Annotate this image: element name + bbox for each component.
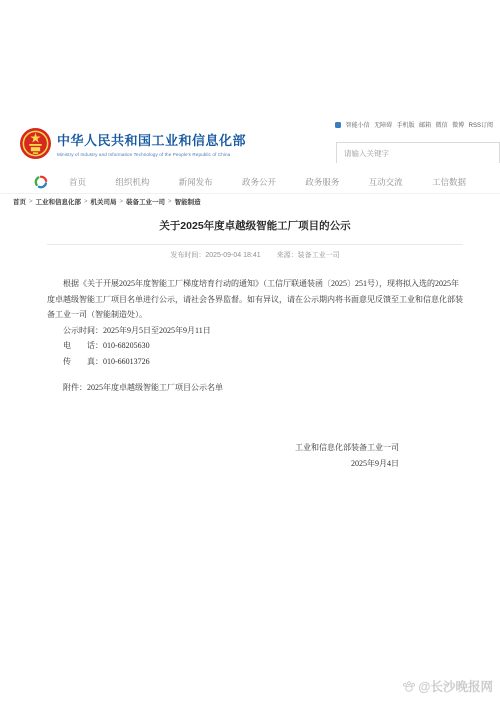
watermark-text: @长沙晚报网: [418, 677, 493, 695]
breadcrumb-home[interactable]: 首页: [13, 197, 26, 206]
article: 关于2025年度卓越级智能工厂项目的公示 发布时间：2025-09-04 18:…: [47, 218, 463, 472]
assistant-link[interactable]: 智能小信: [346, 120, 370, 129]
breadcrumb-equipment-dept[interactable]: 装备工业一司: [126, 197, 165, 206]
breadcrumb-separator: >: [168, 199, 172, 205]
signature-department: 工业和信息化部装备工业一司: [47, 440, 399, 456]
breadcrumb-miit[interactable]: 工业和信息化部: [36, 197, 82, 206]
nav-item-gov-affairs[interactable]: 政务公开: [242, 176, 276, 188]
signature-block: 工业和信息化部装备工业一司 2025年9月4日: [47, 440, 463, 472]
announcement-paragraph: 根据《关于开展2025年度智能工厂梯度培育行动的通知》（工信厅联通装函〔2025…: [47, 276, 463, 323]
publicity-period-line: 公示时间：2025年9月5日至2025年9月11日: [47, 323, 463, 339]
assistant-chat-icon: [335, 122, 341, 128]
article-body: 根据《关于开展2025年度智能工厂梯度培育行动的通知》（工信厅联通装函〔2025…: [47, 276, 463, 472]
ministry-name-cn: 中华人民共和国工业和信息化部: [57, 130, 246, 149]
accessibility-link[interactable]: 无障碍: [374, 120, 392, 129]
page-title: 关于2025年度卓越级智能工厂项目的公示: [47, 218, 463, 233]
nav-item-news[interactable]: 新闻发布: [179, 176, 213, 188]
article-meta: 发布时间：2025-09-04 18:41 来源：装备工业一司: [47, 250, 463, 260]
nav-items: 首页 组织机构 新闻发布 政务公开 政务服务 互动交流 工信数据: [69, 176, 466, 188]
breadcrumb-separator: >: [120, 199, 124, 205]
phone-line: 电 话：010-68205630: [47, 338, 463, 354]
breadcrumb-smart-manufacturing[interactable]: 智能制造: [175, 197, 201, 206]
paw-icon: [402, 679, 416, 693]
miit-swirl-logo-icon[interactable]: [34, 175, 48, 189]
search-input[interactable]: [337, 144, 499, 163]
nav-item-data[interactable]: 工信数据: [432, 176, 466, 188]
main-nav: 首页 组织机构 新闻发布 政务公开 政务服务 互动交流 工信数据: [0, 170, 500, 194]
breadcrumb: 首页 > 工业和信息化部 > 机关司局 > 装备工业一司 > 智能制造: [13, 197, 201, 206]
watermark: @长沙晚报网: [402, 677, 493, 695]
rss-link[interactable]: RSS订阅: [469, 120, 493, 129]
breadcrumb-separator: >: [84, 199, 88, 205]
breadcrumb-separator: >: [29, 199, 33, 205]
mobile-version-link[interactable]: 手机版: [397, 120, 415, 129]
ministry-name-en: Ministry of Industry and Information Tec…: [57, 152, 246, 157]
attachment-link[interactable]: 附件：2025年度卓越级智能工厂项目公示名单: [47, 380, 463, 396]
national-emblem-icon: [20, 128, 51, 159]
header-brand[interactable]: 中华人民共和国工业和信息化部 Ministry of Industry and …: [20, 128, 246, 159]
title-divider: [47, 244, 463, 245]
ministry-title-block: 中华人民共和国工业和信息化部 Ministry of Industry and …: [57, 130, 246, 157]
weibo-link[interactable]: 微博: [452, 120, 464, 129]
publish-time: 发布时间：2025-09-04 18:41: [170, 252, 260, 259]
top-utility-links: 智能小信 无障碍 手机版 邮箱 微信 微博 RSS订阅: [335, 120, 493, 129]
breadcrumb-departments[interactable]: 机关司局: [91, 197, 117, 206]
search-box: [336, 142, 500, 163]
wechat-link[interactable]: 微信: [436, 120, 448, 129]
signature-date: 2025年9月4日: [47, 456, 399, 472]
nav-item-organization[interactable]: 组织机构: [115, 176, 149, 188]
mail-link[interactable]: 邮箱: [419, 120, 431, 129]
nav-item-gov-services[interactable]: 政务服务: [305, 176, 339, 188]
nav-item-interaction[interactable]: 互动交流: [369, 176, 403, 188]
article-source: 来源：装备工业一司: [277, 252, 340, 259]
fax-line: 传 真：010-66013726: [47, 354, 463, 370]
nav-item-home[interactable]: 首页: [69, 176, 86, 188]
